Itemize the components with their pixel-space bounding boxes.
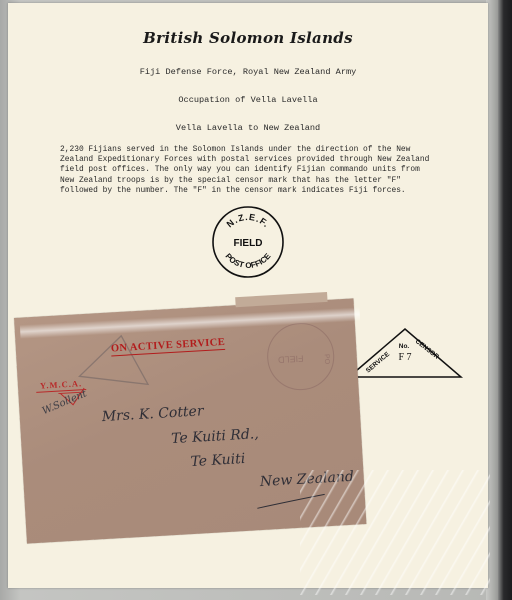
description-paragraph: 2,230 Fijians served in the Solomon Isla… bbox=[60, 145, 440, 196]
envelope-postmark-side: PO bbox=[323, 354, 331, 365]
envelope-postmark-text: FIELD bbox=[277, 353, 304, 364]
postmark-center-text: FIELD bbox=[234, 238, 263, 249]
censor-mark: SERVICE No. CENSOR F 7 bbox=[346, 326, 464, 380]
subtitle-force: Fiji Defense Force, Royal New Zealand Ar… bbox=[8, 67, 488, 77]
svg-text:N.Z.E.F.: N.Z.E.F. bbox=[225, 212, 272, 230]
svg-text:POST OFFICE: POST OFFICE bbox=[224, 251, 273, 270]
censor-no-text: No. bbox=[399, 343, 410, 350]
address-line-3: Te Kuiti bbox=[190, 451, 246, 470]
postmark-top-text: N.Z.E.F. bbox=[225, 212, 272, 230]
field-post-office-mark: N.Z.E.F. FIELD POST OFFICE bbox=[210, 204, 286, 280]
subtitle-route: Vella Lavella to New Zealand bbox=[8, 123, 488, 133]
album-binding-edge bbox=[498, 0, 512, 600]
subtitle-occupation: Occupation of Vella Lavella bbox=[8, 95, 488, 105]
censor-left-text: SERVICE bbox=[365, 350, 392, 374]
page-title: British Solomon Islands bbox=[8, 29, 488, 47]
postmark-bottom-text: POST OFFICE bbox=[224, 251, 273, 270]
censor-number: F 7 bbox=[398, 352, 411, 363]
censor-right-text: CENSOR bbox=[414, 338, 440, 361]
